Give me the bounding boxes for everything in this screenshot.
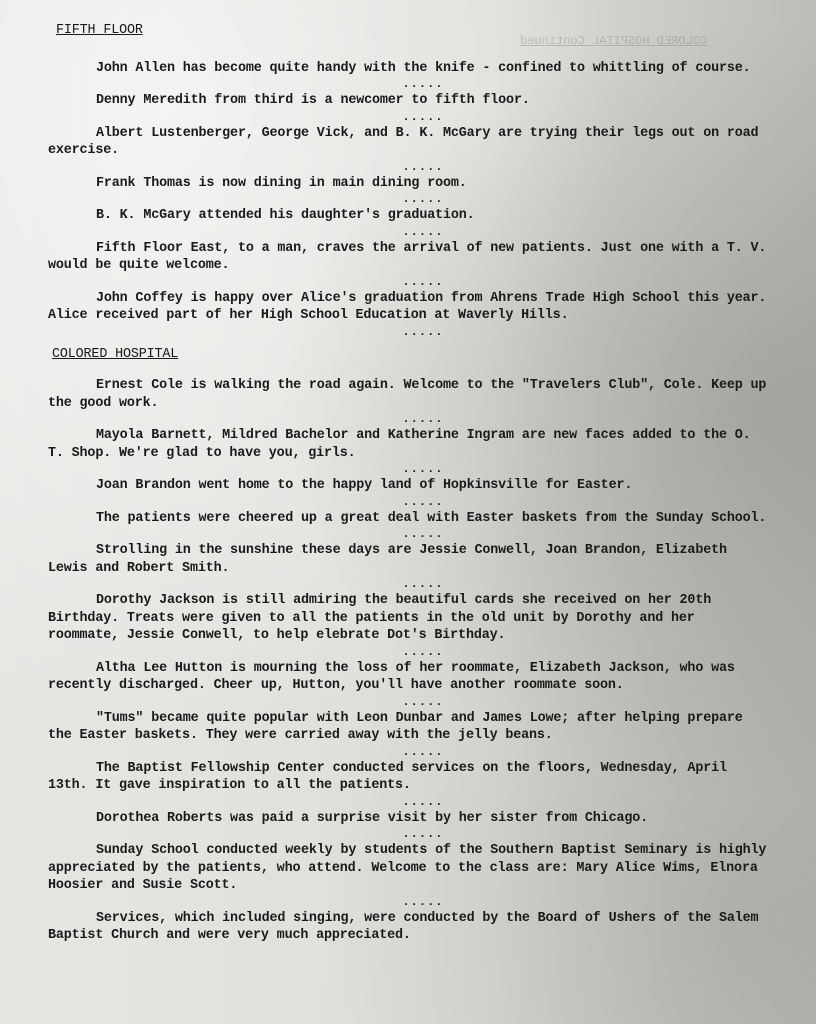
news-item: Joan Brandon went home to the happy land… [48, 477, 768, 495]
news-item: The patients were cheered up a great dea… [48, 510, 768, 528]
news-item: The Baptist Fellowship Center conducted … [48, 760, 768, 795]
news-item: Strolling in the sunshine these days are… [48, 542, 768, 577]
news-item: B. K. McGary attended his daughter's gra… [48, 207, 768, 225]
news-item: Ernest Cole is walking the road again. W… [48, 377, 768, 412]
separator-dots: ..... [48, 325, 768, 340]
news-item: Services, which included singing, were c… [48, 910, 768, 945]
news-item: Frank Thomas is now dining in main dinin… [48, 175, 768, 193]
separator-dots: ..... [48, 695, 768, 710]
separator-dots: ..... [48, 795, 768, 810]
separator-dots: ..... [48, 110, 768, 125]
separator-dots: ..... [48, 645, 768, 660]
separator-dots: ..... [48, 462, 768, 477]
news-item: "Tums" became quite popular with Leon Du… [48, 710, 768, 745]
news-item: Altha Lee Hutton is mourning the loss of… [48, 660, 768, 695]
separator-dots: ..... [48, 225, 768, 240]
separator-dots: ..... [48, 577, 768, 592]
news-item: Sunday School conducted weekly by studen… [48, 842, 768, 895]
separator-dots: ..... [48, 827, 768, 842]
news-item: Mayola Barnett, Mildred Bachelor and Kat… [48, 427, 768, 462]
newsletter-content: FIFTH FLOORJohn Allen has become quite h… [48, 22, 768, 945]
separator-dots: ..... [48, 895, 768, 910]
section-heading: COLORED HOSPITAL [52, 346, 178, 364]
separator-dots: ..... [48, 745, 768, 760]
news-item: Fifth Floor East, to a man, craves the a… [48, 240, 768, 275]
news-item: Albert Lustenberger, George Vick, and B.… [48, 125, 768, 160]
news-item: Denny Meredith from third is a newcomer … [48, 92, 768, 110]
separator-dots: ..... [48, 527, 768, 542]
separator-dots: ..... [48, 495, 768, 510]
news-item: John Allen has become quite handy with t… [48, 60, 768, 78]
separator-dots: ..... [48, 160, 768, 175]
separator-dots: ..... [48, 412, 768, 427]
section-heading: FIFTH FLOOR [56, 22, 143, 40]
separator-dots: ..... [48, 77, 768, 92]
separator-dots: ..... [48, 192, 768, 207]
separator-dots: ..... [48, 275, 768, 290]
news-item: Dorothy Jackson is still admiring the be… [48, 592, 768, 645]
news-item: Dorothea Roberts was paid a surprise vis… [48, 810, 768, 828]
document-page: COLORED HOSPITAL Continued FIFTH FLOORJo… [0, 0, 816, 1024]
news-item: John Coffey is happy over Alice's gradua… [48, 290, 768, 325]
